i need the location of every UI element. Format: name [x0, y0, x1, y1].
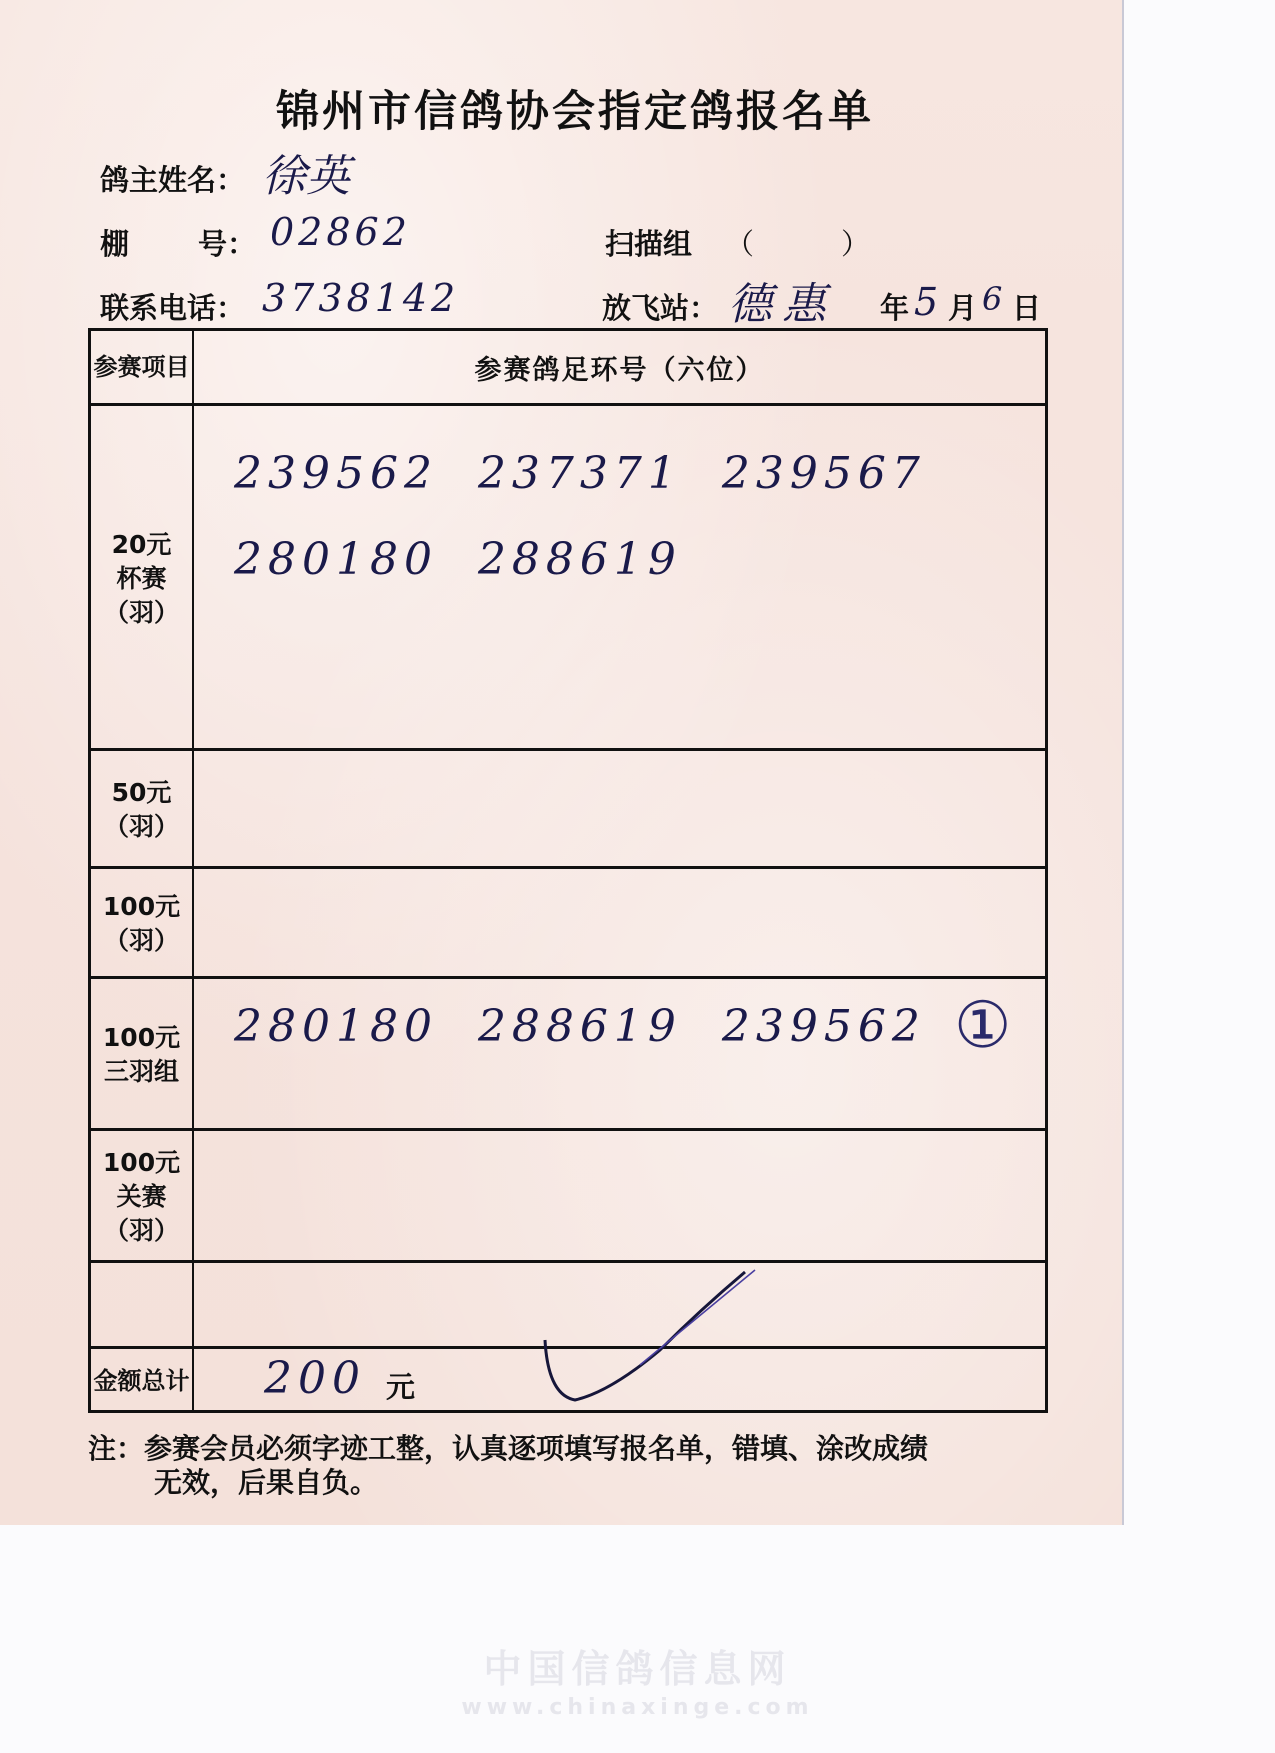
note-line-2: 无效，后果自负。 — [88, 1466, 1068, 1500]
site-watermark: 中国信鸽信息网 www.chinaxinge.com — [0, 1638, 1275, 1720]
checkmark-icon — [0, 0, 1122, 1525]
note-line-1: 注：参赛会员必须字迹工整，认真逐项填写报名单，错填、涂改成绩 — [88, 1432, 928, 1465]
watermark-url: www.chinaxinge.com — [0, 1695, 1275, 1720]
registration-form-paper: 锦州市信鸽协会指定鸽报名单 鸽主姓名： 徐英 棚 号： 02862 扫描组 （ … — [0, 0, 1124, 1525]
form-note: 注：参赛会员必须字迹工整，认真逐项填写报名单，错填、涂改成绩 无效，后果自负。 — [88, 1432, 1068, 1500]
watermark-cn: 中国信鸽信息网 — [0, 1638, 1275, 1693]
